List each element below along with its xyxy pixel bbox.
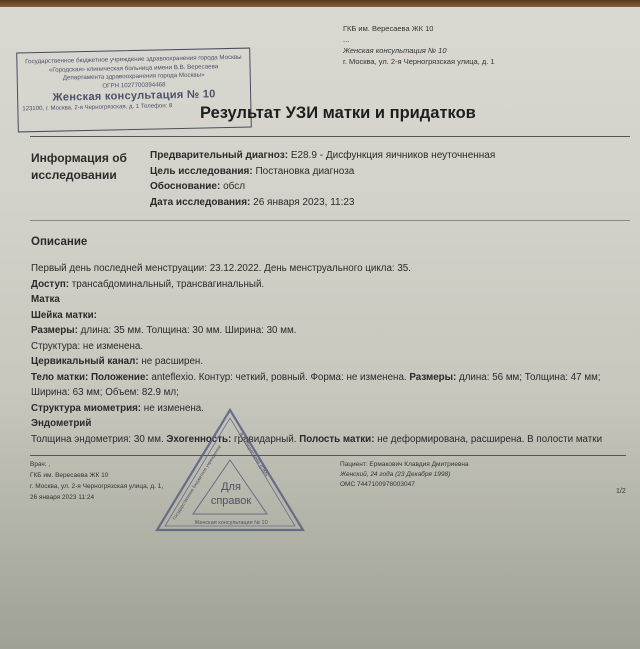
myometrium-line: Структура миометрия: не изменена. <box>31 401 602 417</box>
stamp-bottom-text: Женская консультация № 10 <box>194 520 267 526</box>
info-row: Предварительный диагноз: E28.9 - Дисфунк… <box>150 148 495 164</box>
body-size-label: Размеры: <box>409 372 456 383</box>
footer-divider <box>30 455 626 456</box>
footer-address: г. Москва, ул. 2-я Черногрязская улица, … <box>30 481 163 492</box>
description-heading: Описание <box>31 236 87 248</box>
info-row-value: обсл <box>220 181 245 192</box>
info-section-label: Информация об исследовании <box>31 150 127 184</box>
uterus-body-line2: Ширина: 63 мм; Объем: 82.9 мл; <box>31 385 602 401</box>
endo-thickness: Толщина эндометрия: 30 мм. <box>31 434 166 445</box>
stamp-center-text: Для <box>221 481 241 493</box>
footer-patient: Пациент: Ермакович Клавдия Дмитриевна <box>340 460 469 470</box>
info-row-label: Обоснование: <box>150 181 220 192</box>
access-label: Доступ: <box>31 279 69 290</box>
canal-line: Цервикальный канал: не расширен. <box>31 354 602 370</box>
info-row: Дата исследования: 26 января 2023, 11:23 <box>150 195 495 211</box>
endometrium-line: Толщина эндометрия: 30 мм. Эхогенность: … <box>31 432 602 448</box>
footer-patient-block: Пациент: Ермакович Клавдия Дмитриевна Же… <box>340 460 469 490</box>
info-row-label: Цель исследования: <box>150 166 253 177</box>
triangle-stamp-graphic: Для справок Женская консультация № 10 Го… <box>155 408 305 533</box>
footer-oms: ОМС 7447100978003047 <box>340 480 469 490</box>
header-org-short: ГКБ им. Вересаева ЖК 10 <box>343 23 495 34</box>
footer-doctor-block: Врач: , ГКБ им. Вересаева ЖК 10 г. Москв… <box>30 459 163 503</box>
info-rows: Предварительный диагноз: E28.9 - Дисфунк… <box>150 148 495 210</box>
cavity-value: не деформирована, расширена. В полости м… <box>374 434 602 445</box>
header-address: г. Москва, ул. 2-я Черногрязская улица, … <box>343 56 495 67</box>
info-row-value: E28.9 - Дисфункция яичников неуточненная <box>288 150 495 161</box>
header-ellipsis: ... <box>343 34 495 45</box>
header-department: Женская консультация № 10 <box>343 45 495 56</box>
endometrium-heading: Эндометрий <box>31 416 602 432</box>
cervix-size-line: Размеры: длина: 35 мм. Толщина: 30 мм. Ш… <box>31 323 602 339</box>
uterus-body-line: Тело матки: Положение: anteflexio. Конту… <box>31 370 602 386</box>
page-number: 1/2 <box>616 488 626 495</box>
access-value: трансабдоминальный, трансвагинальный. <box>69 279 264 290</box>
description-body: Первый день последней менструации: 23.12… <box>31 261 602 447</box>
uterus-heading: Матка <box>31 292 602 308</box>
info-row-label: Предварительный диагноз: <box>150 150 288 161</box>
footer-datetime: 26 января 2023 11:24 <box>30 492 163 503</box>
canal-value: не расширен. <box>139 356 203 367</box>
triangle-stamp: Для справок Женская консультация № 10 Го… <box>155 408 305 533</box>
footer-sex-age: Женский, 24 года (23 Декабря 1998) <box>340 470 469 480</box>
header-org-block: ГКБ им. Вересаева ЖК 10 ... Женская конс… <box>343 23 495 67</box>
info-row: Цель исследования: Постановка диагноза <box>150 164 495 180</box>
divider <box>30 136 630 137</box>
structure-line: Структура: не изменена. <box>31 339 602 355</box>
document-title: Результат УЗИ матки и придатков <box>200 104 476 123</box>
body-size-value: длина: 56 мм; Толщина: 47 мм; <box>456 372 600 383</box>
access-line: Доступ: трансабдоминальный, трансвагинал… <box>31 277 602 293</box>
body-label: Тело матки: Положение: <box>31 372 149 383</box>
footer-doctor: Врач: , <box>30 459 163 470</box>
body-value: anteflexio. Контур: четкий, ровный. Форм… <box>149 372 410 383</box>
divider <box>30 220 630 221</box>
cervix-heading: Шейка матки: <box>31 308 602 324</box>
stamp-side-text: В.В. Вересаева ДЗМ» <box>237 432 269 478</box>
cervix-size-value: длина: 35 мм. Толщина: 30 мм. Ширина: 30… <box>78 325 297 336</box>
stamp-center-text: справок <box>211 495 252 507</box>
cavity-label: Полость матки: <box>299 434 374 445</box>
myometrium-label: Структура миометрия: <box>31 403 141 414</box>
canal-label: Цервикальный канал: <box>31 356 139 367</box>
info-row: Обоснование: обсл <box>150 179 495 195</box>
info-row-label: Дата исследования: <box>150 197 250 208</box>
footer-org: ГКБ им. Вересаева ЖК 10 <box>30 470 163 481</box>
info-row-value: Постановка диагноза <box>253 166 355 177</box>
info-label-line: Информация об <box>31 150 127 167</box>
info-label-line: исследовании <box>31 167 127 184</box>
menstruation-line: Первый день последней менструации: 23.12… <box>31 261 602 277</box>
info-row-value: 26 января 2023, 11:23 <box>250 197 354 208</box>
cervix-size-label: Размеры: <box>31 325 78 336</box>
